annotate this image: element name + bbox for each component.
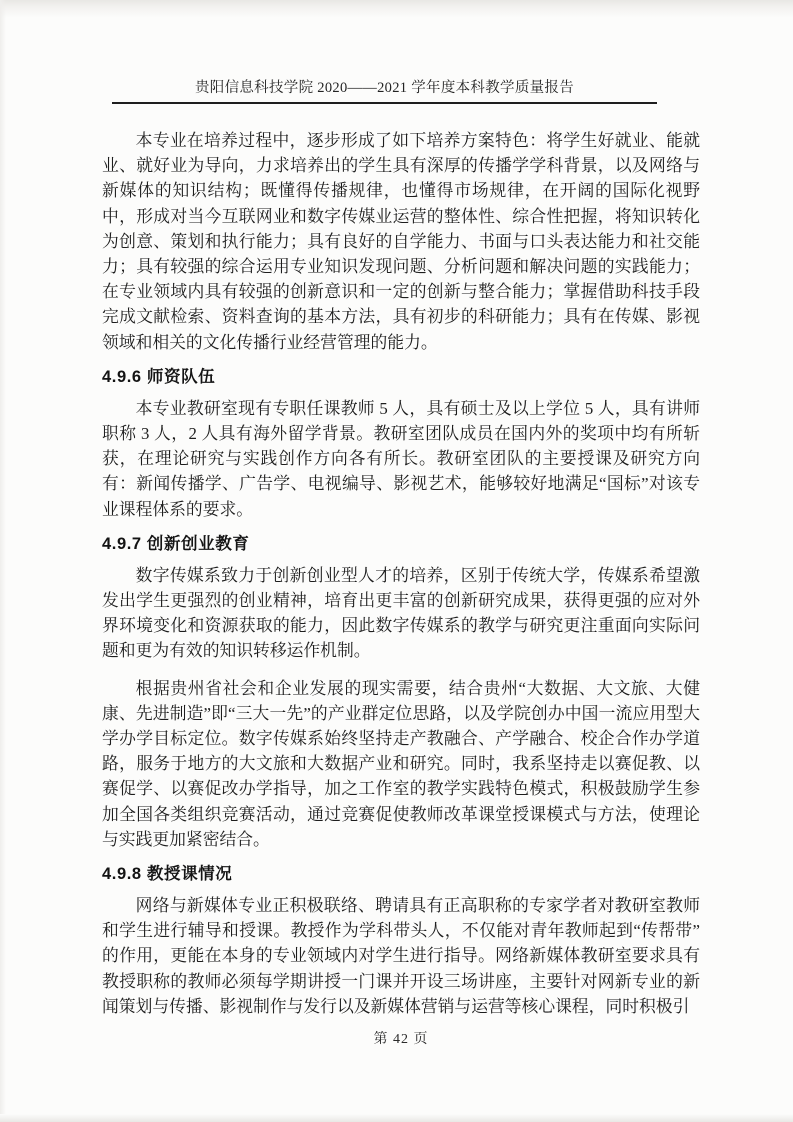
section-heading-4-9-6: 4.9.6 师资队伍 — [102, 365, 700, 389]
scan-edge-left — [0, 0, 6, 1122]
scan-edge-bottom — [0, 1114, 793, 1122]
section-heading-4-9-8: 4.9.8 教授课情况 — [102, 862, 700, 886]
paragraph-professor-teaching: 网络与新媒体专业正积极联络、聘请具有正高职称的专家学者对教研室教师和学生进行辅导… — [102, 893, 700, 1019]
document-page: 贵阳信息科技学院 2020——2021 学年度本科教学质量报告 本专业在培养过程… — [0, 0, 793, 1122]
section-heading-4-9-7: 4.9.7 创新创业教育 — [102, 532, 700, 556]
paragraph-guizhou-positioning: 根据贵州省社会和企业发展的现实需要，结合贵州“大数据、大文旅、大健康、先进制造”… — [102, 676, 700, 852]
document-body: 本专业在培养过程中，逐步形成了如下培养方案特色：将学生好就业、能就业、就好业为导… — [102, 128, 700, 1019]
paragraph-training-features: 本专业在培养过程中，逐步形成了如下培养方案特色：将学生好就业、能就业、就好业为导… — [102, 128, 700, 355]
page-header-title: 贵阳信息科技学院 2020——2021 学年度本科教学质量报告 — [112, 78, 657, 104]
scan-edge-top — [0, 0, 793, 18]
page-number: 第 42 页 — [102, 1028, 700, 1048]
paragraph-innovation-education: 数字传媒系致力于创新创业型人才的培养，区别于传统大学，传媒系希望激发出学生更强烈… — [102, 563, 700, 664]
paragraph-faculty-team: 本专业教研室现有专职任课教师 5 人，具有硕士及以上学位 5 人，具有讲师职称 … — [102, 396, 700, 522]
